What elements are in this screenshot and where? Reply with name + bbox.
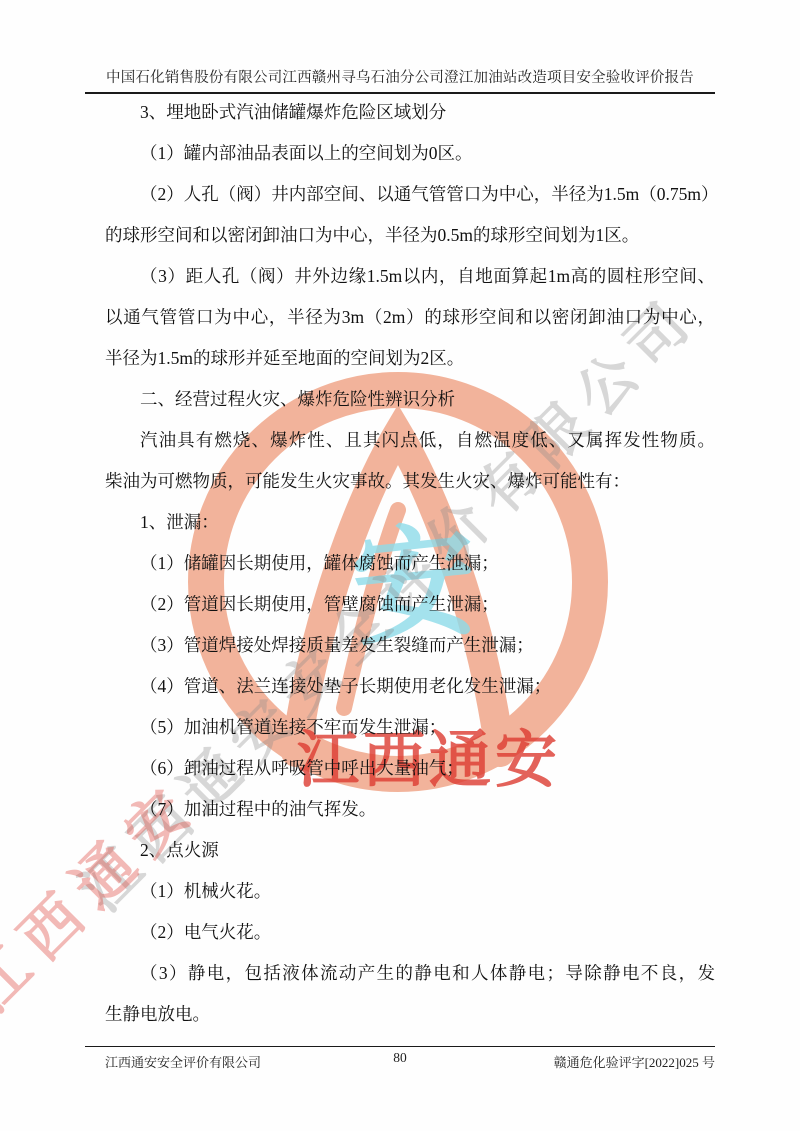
text-line: （5）加油机管道连接不牢而发生泄漏； <box>105 707 715 748</box>
text-line: （3）距人孔（阀）井外边缘1.5m以内，自地面算起1m高的圆柱形空间、 <box>105 256 715 297</box>
text-line: （2）电气火花。 <box>105 912 715 953</box>
text-line: （7）加油过程中的油气挥发。 <box>105 789 715 830</box>
text-line: 以通气管管口为中心，半径为3m（2m）的球形空间和以密闭卸油口为中心， <box>105 297 715 338</box>
text-line: （1）罐内部油品表面以上的空间划为0区。 <box>105 133 715 174</box>
text-line: 二、经营过程火灾、爆炸危险性辨识分析 <box>105 379 715 420</box>
footer-doc-number: 赣通危化验评字[2022]025 号 <box>554 1052 715 1071</box>
text-line: 柴油为可燃物质，可能发生火灾事故。其发生火灾、爆炸可能性有： <box>105 461 715 502</box>
text-line: （3）静电，包括液体流动产生的静电和人体静电；导除静电不良，发 <box>105 953 715 994</box>
text-line: 汽油具有燃烧、爆炸性、且其闪点低，自燃温度低、又属挥发性物质。 <box>105 420 715 461</box>
text-line: 3、埋地卧式汽油储罐爆炸危险区域划分 <box>105 92 715 133</box>
text-line: （6）卸油过程从呼吸管中呼出大量油气； <box>105 748 715 789</box>
text-line: 1、泄漏： <box>105 502 715 543</box>
header-title: 中国石化销售股份有限公司江西赣州寻乌石油分公司澄江加油站改造项目安全验收评价报告 <box>85 66 715 87</box>
report-page: 安 江西通安安全评价有限公司 江西通安 江西通安 中国石化销售股份有限公司江西赣… <box>0 0 800 1131</box>
text-line: （4）管道、法兰连接处垫子长期使用老化发生泄漏； <box>105 666 715 707</box>
text-line: （3）管道焊接处焊接质量差发生裂缝而产生泄漏； <box>105 625 715 666</box>
document-body: 3、埋地卧式汽油储罐爆炸危险区域划分（1）罐内部油品表面以上的空间划为0区。（2… <box>105 92 715 1035</box>
text-line: 生静电放电。 <box>105 994 715 1035</box>
text-line: （1）机械火花。 <box>105 871 715 912</box>
text-line: 2、点火源 <box>105 830 715 871</box>
text-line: 的球形空间和以密闭卸油口为中心，半径为0.5m的球形空间划为1区。 <box>105 215 715 256</box>
text-line: （2）人孔（阀）井内部空间、以通气管管口为中心，半径为1.5m（0.75m） <box>105 174 715 215</box>
text-line: （2）管道因长期使用，管壁腐蚀而产生泄漏； <box>105 584 715 625</box>
text-line: 半径为1.5m的球形并延至地面的空间划为2区。 <box>105 338 715 379</box>
footer-rule <box>85 1046 715 1047</box>
text-line: （1）储罐因长期使用，罐体腐蚀而产生泄漏； <box>105 543 715 584</box>
